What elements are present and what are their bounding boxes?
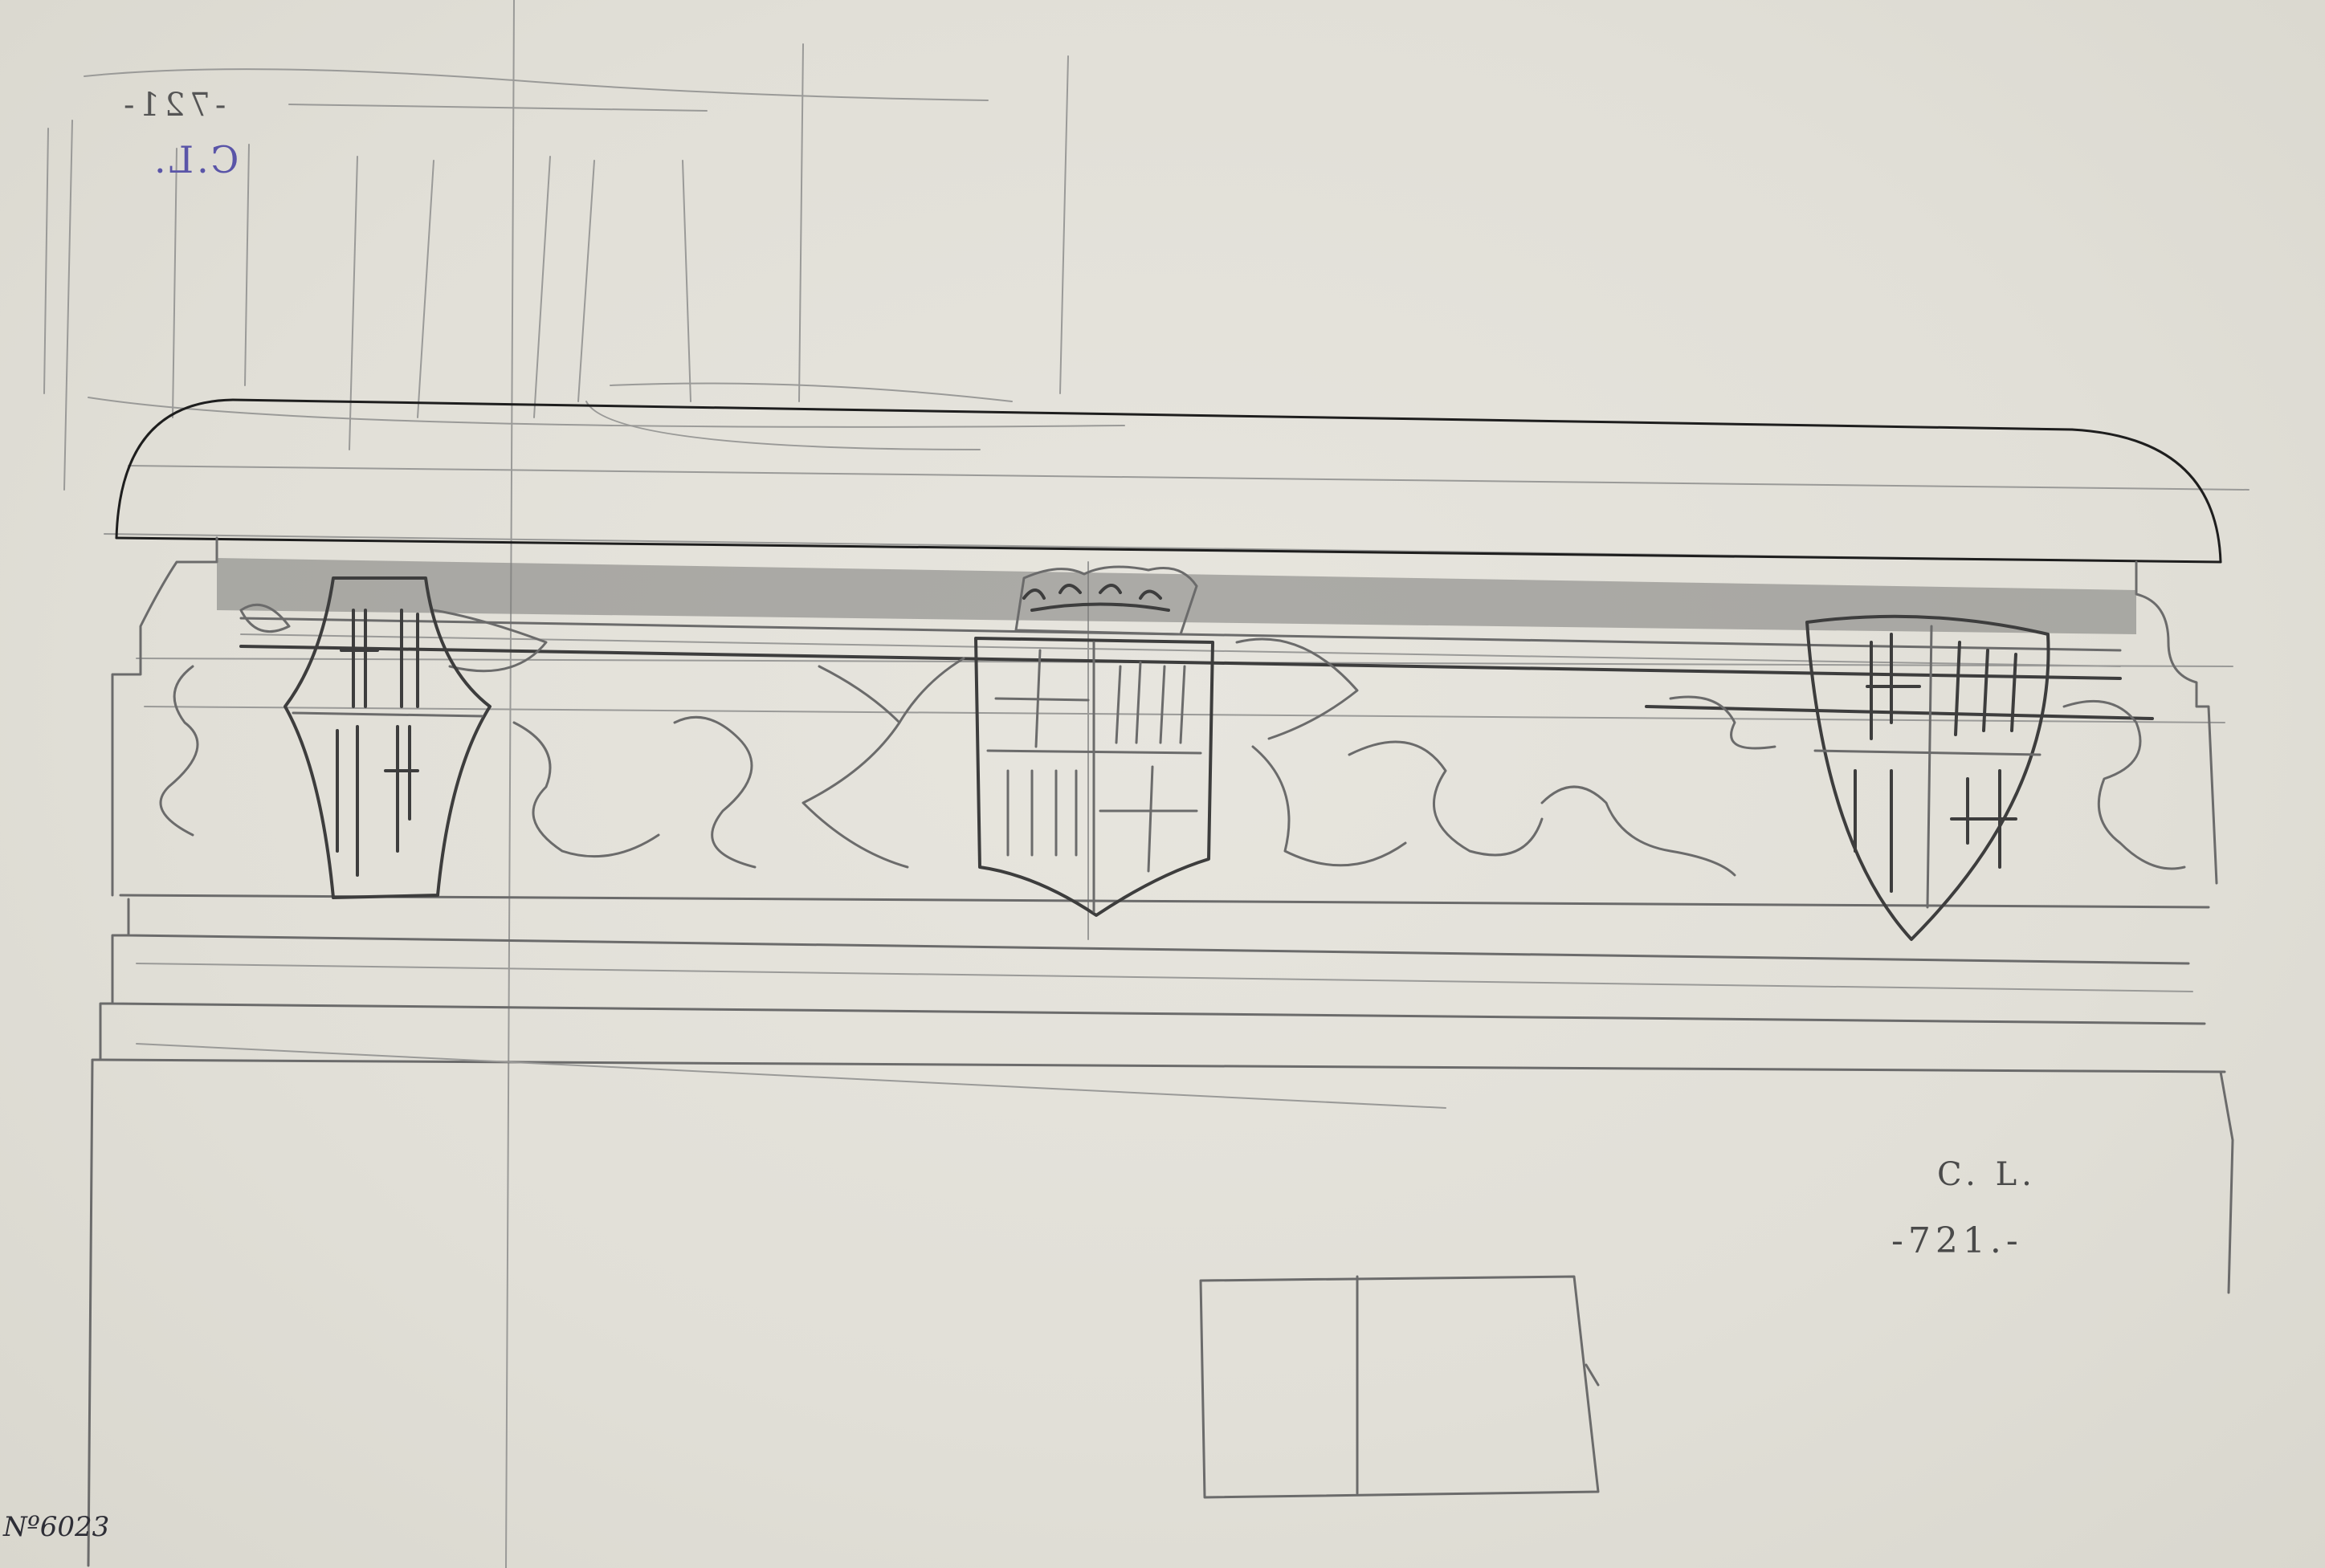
- small-box-sketch: [1201, 1277, 1598, 1497]
- left-shield: [285, 578, 490, 898]
- inventory-number: Nº6023: [3, 1511, 109, 1543]
- drawing: [0, 0, 2325, 1568]
- mirrored-number: -721-: [119, 87, 226, 124]
- molding-band: [217, 558, 2152, 719]
- mirrored-initials-stamp: C.L.: [151, 138, 239, 181]
- artist-initials: C. L.: [1937, 1156, 2037, 1193]
- sheet-number: -721.-: [1891, 1220, 2023, 1261]
- paper-sheet: Nº6023 C. L. -721.- -721- C.L.: [0, 0, 2325, 1568]
- construction-lines: [44, 0, 2249, 1568]
